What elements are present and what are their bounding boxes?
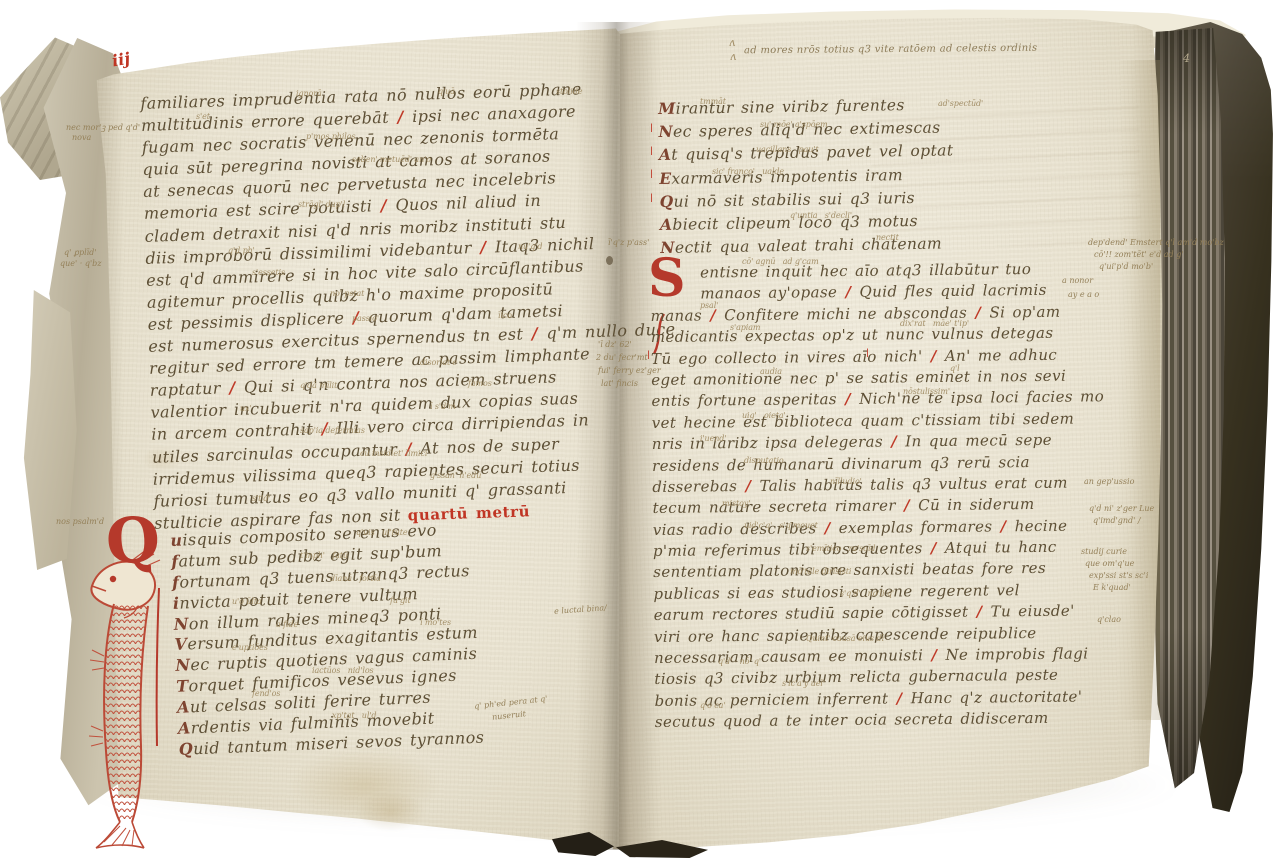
margin-note: q'ui'p'd mo'b' (1099, 262, 1153, 271)
interlinear-gloss: disorīat'e (420, 358, 457, 367)
margin-note: lat' fincis (601, 379, 638, 388)
margin-note: ay e a o (1068, 290, 1099, 299)
interlinear-gloss: e'uptiōes (232, 643, 268, 652)
interlinear-gloss: q'uis ui'tute (356, 528, 408, 537)
margin-note: fui' ferry ez'ger (598, 366, 661, 375)
interlinear-gloss: q'untia s'decli' (790, 211, 852, 220)
caret-mark: ʌ (729, 36, 735, 49)
interlinear-gloss: a fide (276, 620, 298, 629)
interlinear-gloss: famos (468, 379, 492, 388)
interlinear-gloss: ad'spectūd' (938, 99, 983, 108)
margin-note: que' · q'bz (60, 259, 102, 268)
interlinear-gloss: tmmāt (700, 97, 726, 106)
interlinear-gloss: su' mōe' a'spōem (760, 120, 828, 129)
interlinear-gloss: s'emītico ra'soīd (806, 544, 875, 553)
margin-note: q' ꝑplīd' (64, 248, 97, 257)
margin-note: studij curie (1081, 547, 1127, 556)
interlinear-gloss: sap'ia defermīas (300, 426, 365, 435)
interlinear-gloss: mō'tale dirisisti (790, 567, 851, 576)
margin-note: E k'quad' (1093, 583, 1131, 592)
interlinear-gloss: fu'git (390, 596, 411, 605)
left-verse-block: uisquis composito serenus evofatum sub p… (170, 514, 609, 761)
initial-q: Q (105, 515, 162, 567)
initial-s: S (648, 258, 686, 300)
folio-mark-left: iij (110, 49, 131, 71)
interlinear-gloss: s'et (196, 112, 210, 121)
interlinear-gloss: iactūos nid'los (312, 666, 374, 675)
interlinear-gloss: nectit (876, 233, 899, 242)
margin-note: que om'q'ue (1085, 559, 1134, 568)
margin-note: nec mor'ꝫ ped q'd' (66, 122, 140, 133)
interlinear-gloss: uacillans pau't (756, 145, 819, 154)
margin-note: 2 du' fecr'mt (596, 353, 648, 362)
fish-drawing (86, 546, 196, 851)
interlinear-gloss: Quint' causā eius dī (806, 634, 884, 643)
margin-note: cō'!! zom'tēt' e'd ad g' (1094, 250, 1184, 259)
interlinear-gloss: | (647, 349, 650, 359)
interlinear-gloss: q'uā (438, 87, 455, 96)
margin-note: 'ī dz' 62' (598, 340, 632, 349)
interlinear-gloss: | (650, 145, 653, 155)
interlinear-gloss: q'dā mīlit (300, 381, 337, 390)
interlinear-gloss: ī mo'tes (420, 618, 451, 627)
interlinear-gloss: q'o ca' (700, 701, 725, 710)
interlinear-gloss: q'd' nō' q' (718, 657, 761, 666)
folio-mark-right: 4 (1183, 52, 1190, 65)
margin-note: ī'q'z p'ass' (608, 238, 649, 247)
interlinear-gloss: nīlludio' (830, 477, 862, 486)
interlinear-gloss: cū insidiet' īimici (360, 449, 427, 458)
interlinear-gloss: | (650, 192, 653, 202)
interlinear-gloss: | (650, 122, 653, 132)
interlinear-gloss: uid'c'q' s'q'mouet (744, 521, 818, 530)
interlinear-gloss: i'uend' (700, 434, 726, 443)
interlinear-gloss: mistoy' (722, 499, 750, 508)
interlinear-gloss: | (650, 168, 653, 178)
interlinear-gloss: audia (760, 367, 782, 376)
interlinear-gloss: g'ssan' h'edū (430, 471, 481, 480)
caret-mark: ʌ (730, 50, 736, 63)
margin-note: exp'ssi st's sc'i (1089, 571, 1148, 580)
margin-note: dep'dend' Emstert q'l am'd mo'bz (1088, 238, 1224, 247)
interlinear-gloss: stolide (556, 87, 582, 96)
interlinear-gloss: q'd ph' (228, 246, 255, 255)
interlinear-gloss: nu'q'd (518, 242, 542, 251)
margin-note: q'imd'gnd' / (1093, 516, 1141, 525)
interlinear-gloss: uig' oieta' (742, 411, 786, 420)
interlinear-gloss: s'ic'a'y uel' (782, 679, 825, 688)
margin-note: nos psalm'd (56, 517, 104, 526)
interlinear-gloss: ux' (240, 404, 252, 413)
interlinear-gloss: cō' agnū ad g'cam (742, 257, 819, 266)
margin-note: q'clao (1097, 615, 1121, 624)
manuscript-photo: iij familiares imprudentia rata nō nullo… (0, 0, 1280, 860)
interlinear-gloss: disputatio (744, 456, 784, 465)
parchment-stain (356, 792, 426, 832)
interlinear-gloss: s'essetis (252, 268, 285, 277)
interlinear-gloss: p'mos philos (306, 132, 355, 141)
interlinear-gloss: s'apiam (730, 323, 760, 332)
interlinear-gloss: q'l (950, 364, 960, 373)
interlinear-gloss: sic' franco' ualde (712, 167, 784, 176)
interlinear-gloss: ignorā (296, 89, 322, 98)
interlinear-gloss: dīanā fortīa (330, 574, 381, 583)
interlinear-gloss: īico (498, 311, 512, 320)
interlinear-gloss: fend'os (252, 689, 280, 698)
interlinear-gloss: t'inph' fatū (300, 551, 348, 560)
interlinear-gloss: no' pstat (330, 289, 364, 298)
interlinear-gloss: s'q'd' no'li q' (840, 589, 894, 598)
right-verse-block: Mirantur sine viribz furentesNec speres … (658, 92, 1090, 261)
left-prose-block: familiares imprudentia rata nō nullos eo… (140, 78, 628, 535)
interlinear-gloss: strāgl' dup'l (298, 200, 345, 209)
interlinear-gloss: u'o ūlta (232, 597, 262, 606)
interlinear-gloss: s't'd' (252, 494, 270, 503)
interlinear-gloss: dix'rat māe' t'ip' (900, 319, 969, 328)
interlinear-gloss: passio' (352, 314, 379, 323)
margin-note: an gep'ussio (1084, 477, 1134, 486)
interlinear-gloss: ī s'd'm (430, 402, 456, 411)
interlinear-gloss: xp'tat ul'd (332, 711, 376, 720)
interlinear-gloss: psal' (700, 301, 718, 310)
interlinear-gloss: | (866, 347, 869, 357)
interlinear-gloss: saben' metuēd' an'o (352, 155, 431, 164)
margin-note: nova (72, 133, 91, 142)
margin-note: a nonor (1062, 276, 1093, 285)
interlinear-gloss: nōstulissim' (903, 387, 950, 396)
margin-note: q'd ni' z'ger Lue (1089, 504, 1154, 513)
